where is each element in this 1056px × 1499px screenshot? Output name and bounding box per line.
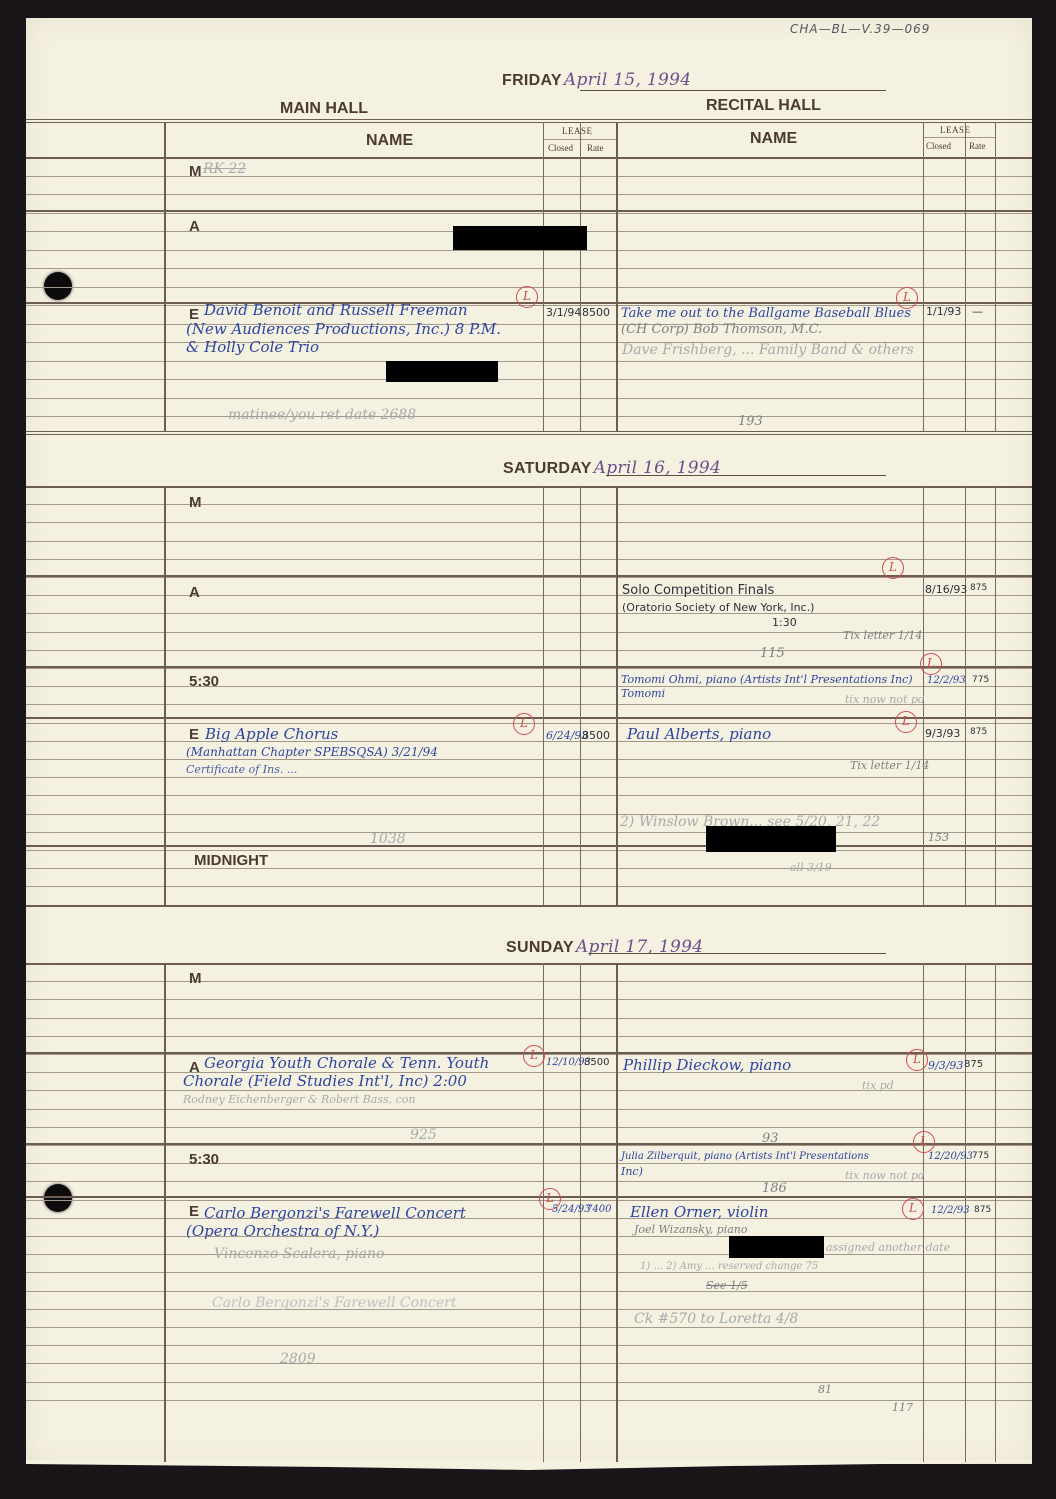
event-title: Phillip Dieckow, piano (623, 1058, 791, 1073)
pencil-note: Carlo Bergonzi's Farewell Concert (212, 1296, 456, 1310)
ledger-rule (26, 666, 1032, 668)
ledger-rule (26, 886, 1032, 887)
slot-label-m: M (189, 494, 202, 511)
ledger-rule (26, 486, 1032, 488)
date: April 15, 1994 (564, 70, 691, 90)
lease-marker: L (920, 653, 942, 675)
torn-edge (26, 1460, 1032, 1470)
ledger-rule (26, 559, 1032, 560)
event-title: Paul Alberts, piano (627, 727, 771, 742)
ledger-rule (26, 268, 1032, 269)
event-title: Carlo Bergonzi's Farewell Concert (204, 1206, 466, 1221)
ledger-rule (26, 795, 1032, 796)
ledger-rule (26, 1327, 1032, 1328)
lease-rate: 8500 (582, 307, 610, 318)
main-hall-heading: MAIN HALL (280, 100, 368, 118)
event-detail: Tomomi (621, 688, 665, 699)
ledger-rule (26, 741, 1032, 742)
event-title: Solo Competition Finals (622, 584, 774, 597)
lease-marker: L (902, 1198, 924, 1220)
slot-label-a: A (189, 218, 200, 235)
ledger-rule (26, 963, 1032, 965)
pencil-note: Ck #570 to Loretta 4/8 (634, 1312, 798, 1326)
pencil-note: Tix letter 1/14 (843, 630, 922, 641)
pencil-note: Joel Wizansky, piano (634, 1224, 748, 1235)
lease-marker: L (896, 287, 918, 309)
ledger-rule (26, 595, 1032, 596)
ledger-rule (26, 1382, 1032, 1383)
lease-rate: 875 (974, 1206, 991, 1215)
redaction-bar (729, 1236, 824, 1258)
pencil-note: tix now not pd (845, 1170, 925, 1181)
ledger-rule (26, 210, 1032, 212)
ledger-rule (26, 686, 1032, 687)
event-presenter: Chorale (Field Studies Int'l, Inc) 2:00 (183, 1074, 467, 1089)
column-rule (164, 963, 166, 1462)
event-presenter: (New Audiences Productions, Inc.) 8 P.M. (186, 322, 501, 337)
closed-date: 12/20/93 (928, 1152, 973, 1162)
pencil-note: 81 (818, 1384, 832, 1395)
ledger-rule (26, 213, 1032, 214)
event-presenter: (Opera Orchestra of N.Y.) (186, 1224, 379, 1239)
column-rule (164, 122, 166, 431)
ledger-rule (26, 1345, 1032, 1346)
punch-hole (44, 272, 72, 300)
archive-id: CHA—BL—V.39—069 (790, 22, 930, 36)
closed-date: 9/3/93 (925, 728, 960, 739)
pencil-note: 1038 (370, 832, 406, 846)
column-rule (995, 122, 996, 431)
lease-rate: 8500 (584, 1058, 609, 1068)
ledger-rule (26, 868, 1032, 869)
ledger-rule (26, 379, 1032, 380)
slot-label-a: A (189, 584, 200, 601)
ledger-rule (26, 845, 1032, 847)
redaction-bar (453, 226, 587, 250)
column-rule (164, 486, 166, 905)
column-rule (923, 122, 924, 431)
pencil-note: Vincenzo Scalera, piano (214, 1247, 384, 1261)
column-rule (580, 486, 581, 905)
column-rule (616, 963, 618, 1462)
ledger-rule (26, 541, 1032, 542)
event-title: Georgia Youth Chorale & Tenn. Youth (204, 1056, 489, 1071)
column-rule (965, 486, 966, 905)
pencil-note: 925 (410, 1128, 437, 1142)
pencil-note: Dave Frishberg, ... Family Band & others (622, 343, 914, 357)
slot-label-m: M (189, 970, 202, 987)
column-rule (543, 486, 544, 905)
column-rule (965, 122, 966, 431)
event-presenter: (Manhattan Chapter SPEBSQSA) 3/21/94 (186, 746, 438, 758)
ledger-rule (26, 777, 1032, 778)
closed-date: 12/2/93 (927, 676, 966, 686)
column-rule (543, 122, 544, 431)
pencil-note: 2809 (280, 1352, 316, 1366)
pencil-note: all 3/19 (790, 862, 832, 873)
ledger-rule (26, 1363, 1032, 1364)
lease-marker: L (516, 286, 538, 308)
pencil-note: Tix letter 1/14 (850, 760, 929, 771)
pencil-note: tix pd (862, 1080, 894, 1091)
ledger-rule (26, 650, 1032, 651)
ledger-rule (26, 504, 1032, 505)
lease-rate: — (972, 306, 983, 317)
column-rule (616, 122, 618, 431)
ledger-rule (26, 613, 1032, 614)
ledger-rule (26, 522, 1032, 523)
slot-label-e: E (189, 1203, 199, 1220)
lease-marker: L (513, 713, 535, 735)
ledger-rule (26, 999, 1032, 1000)
lease-rate: 775 (972, 676, 989, 685)
recital-name-header: NAME (750, 130, 797, 148)
closed-date: 3/1/94 (546, 307, 581, 318)
event-time: 1:30 (772, 617, 797, 628)
ledger-rule (26, 1309, 1032, 1310)
pencil-note: 117 (892, 1402, 913, 1413)
ledger-rule (26, 814, 1032, 815)
ledger-rule (26, 1145, 1032, 1146)
ledger-rule (26, 1127, 1032, 1128)
event-title: Tomomi Ohmi, piano (Artists Int'l Presen… (621, 674, 913, 685)
slot-label-e: E (189, 726, 199, 743)
ledger-rule (26, 668, 1032, 669)
pencil-note: 115 (760, 647, 785, 660)
ledger-rule (26, 1254, 1032, 1255)
event-detail: Certificate of Ins. ... (186, 764, 297, 775)
punch-hole (44, 1184, 72, 1212)
lease-marker: L (913, 1131, 935, 1153)
ledger-rule (26, 416, 1032, 417)
main-closed-header: Closed (548, 143, 573, 153)
day-heading-friday: FRIDAYApril 15, 1994 (502, 70, 691, 90)
event-presenter: (CH Corp) Bob Thomson, M.C. (621, 323, 822, 336)
ledger-rule (26, 850, 1032, 851)
pencil-note: assigned another date (826, 1242, 950, 1253)
closed-date: 5/24/93 (552, 1205, 591, 1215)
ledger-rule (26, 157, 1032, 159)
pencil-note: matinee/you ret date 2688 (228, 408, 416, 422)
event-title: Ellen Orner, violin (630, 1205, 768, 1220)
ledger-rule (26, 905, 1032, 907)
date: April 17, 1994 (576, 937, 703, 957)
recital-hall-heading: RECITAL HALL (706, 97, 821, 115)
column-rule (580, 122, 581, 431)
ledger-rule (26, 250, 1032, 251)
date-underline (588, 953, 886, 954)
column-rule (995, 486, 996, 905)
ledger-rule (26, 176, 1032, 177)
lease-marker: L (895, 711, 917, 733)
pencil-note: RK 22 (203, 162, 246, 176)
weekday: SUNDAY (506, 939, 574, 956)
ledger-rule (26, 1072, 1032, 1073)
event-title: David Benoit and Russell Freeman (204, 303, 468, 318)
event-detail: & Holly Cole Trio (186, 340, 319, 355)
event-detail: Inc) (621, 1166, 643, 1177)
lease-marker: L (882, 557, 904, 579)
ledger-rule (26, 981, 1032, 982)
redaction-bar (706, 826, 836, 852)
lease-rate: 875 (970, 584, 987, 593)
lease-split-rule (923, 137, 995, 138)
pencil-note: 93 (762, 1132, 779, 1145)
pencil-note: 186 (762, 1182, 787, 1195)
ledger-rule (26, 575, 1032, 577)
ledger-rule (26, 1036, 1032, 1037)
ledger-rule (26, 577, 1032, 578)
lease-rate: 8500 (582, 730, 610, 741)
ledger-rule (26, 361, 1032, 362)
pencil-note: 153 (928, 832, 949, 843)
closed-date: 12/2/93 (931, 1206, 970, 1216)
redaction-bar (386, 361, 498, 382)
column-rule (616, 486, 618, 905)
column-rule (995, 963, 996, 1462)
ledger-rule (26, 1200, 1032, 1201)
pencil-note: See 1/5 (706, 1280, 748, 1291)
ledger-rule (26, 1143, 1032, 1145)
lease-rate: 875 (964, 1060, 983, 1070)
main-name-header: NAME (366, 132, 413, 150)
event-title: Take me out to the Ballgame Baseball Blu… (621, 307, 911, 320)
ledger-rule (26, 832, 1032, 833)
lease-rate: 775 (972, 1152, 989, 1161)
pencil-note: tix now not pd (845, 694, 925, 705)
day-heading-sunday: SUNDAYApril 17, 1994 (506, 937, 703, 957)
main-lease-header: LEASE (562, 126, 593, 136)
closed-date: 1/1/93 (926, 306, 961, 317)
column-rule (543, 963, 544, 1462)
closed-date: 8/16/93 (925, 584, 967, 595)
ledger-rule (26, 1400, 1032, 1401)
lease-rate: 7400 (586, 1205, 611, 1215)
pencil-note: 1) ... 2) Amy ... reserved change 75 (640, 1262, 818, 1272)
slot-label-530: 5:30 (189, 673, 219, 690)
ledger-rule (26, 1272, 1032, 1273)
lease-marker: L (906, 1049, 928, 1071)
header-top-rule (26, 119, 1032, 123)
ledger-rule (26, 1236, 1032, 1237)
event-presenter: (Oratorio Society of New York, Inc.) (622, 602, 814, 613)
ledger-rule (26, 1018, 1032, 1019)
lease-marker: L (523, 1045, 545, 1067)
weekday: SATURDAY (503, 460, 592, 477)
ledger-rule (26, 1163, 1032, 1164)
ledger-rule (26, 1196, 1032, 1198)
date-underline (580, 90, 886, 91)
pencil-note: Rodney Eichenberger & Robert Bass, con (183, 1094, 415, 1105)
ledger-rule (26, 194, 1032, 195)
ledger-rule (26, 1291, 1032, 1292)
weekday: FRIDAY (502, 72, 562, 89)
ledger-rule (26, 324, 1032, 325)
date-underline (606, 475, 886, 476)
lease-rate: 875 (970, 728, 987, 737)
slot-label-midnight: MIDNIGHT (194, 852, 268, 869)
ledger-rule (26, 1109, 1032, 1110)
closed-date: 9/3/93 (928, 1060, 963, 1071)
recital-closed-header: Closed (926, 141, 951, 151)
main-rate-header: Rate (587, 143, 604, 153)
ledger-rule (26, 398, 1032, 399)
recital-rate-header: Rate (969, 141, 986, 151)
slot-label-530: 5:30 (189, 1151, 219, 1168)
ledger-rule (26, 431, 1032, 435)
event-title: Big Apple Chorus (205, 727, 338, 742)
slot-label-m: M (189, 163, 202, 180)
pencil-note: 193 (738, 415, 763, 428)
event-title: Julia Zilberquit, piano (Artists Int'l P… (621, 1152, 869, 1162)
ledger-rule (26, 1218, 1032, 1219)
